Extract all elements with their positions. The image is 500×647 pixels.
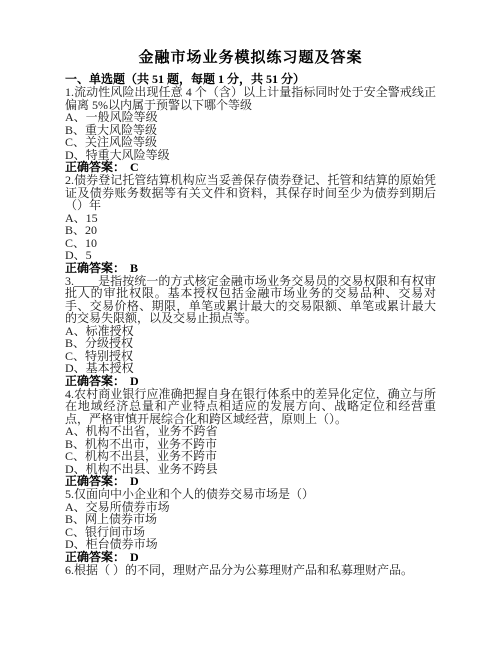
question-block: 1.流动性风险出现任意 4 个（含）以上计量指标同时处于安全警戒线正偏离 5%以…	[65, 86, 436, 174]
answer-line: 正确答案：B	[65, 262, 436, 275]
question-block: 2.债券登记托管结算机构应当妥善保存债券登记、托管和结算的原始凭证及债券账务数据…	[65, 174, 436, 275]
answer-value: C	[130, 160, 139, 174]
question-block: 5.仅面向中小企业和个人的债券交易市场是（） A、交易所债券市场 B、网上债券市…	[65, 488, 436, 564]
question-text: 1.流动性风险出现任意 4 个（含）以上计量指标同时处于安全警戒线正偏离 5%以…	[65, 86, 436, 111]
answer-value: D	[130, 374, 139, 388]
option-line: B、20	[65, 224, 436, 237]
option-line: A、一般风险等级	[65, 111, 436, 124]
question-text: 3.____是指按统一的方式核定金融市场业务交易员的交易权限和有权审批人的审批权…	[65, 275, 436, 325]
question-text: 6.根据（ ）的不同，理财产品分为公募理财产品和私募理财产品。	[65, 564, 436, 577]
answer-line: 正确答案：D	[65, 375, 436, 388]
question-block: 6.根据（ ）的不同，理财产品分为公募理财产品和私募理财产品。	[65, 564, 436, 577]
answer-prefix: 正确答案：	[65, 374, 125, 388]
answer-prefix: 正确答案：	[65, 550, 125, 564]
question-block: 4.农村商业银行应准确把握自身在银行体系中的差异化定位，确立与所在地域经济总量和…	[65, 388, 436, 489]
option-line: A、机构不出省，业务不跨省	[65, 425, 436, 438]
page-title: 金融市场业务模拟练习题及答案	[65, 50, 436, 67]
question-block: 3.____是指按统一的方式核定金融市场业务交易员的交易权限和有权审批人的审批权…	[65, 275, 436, 388]
option-line: C、关注风险等级	[65, 136, 436, 149]
answer-line: 正确答案：D	[65, 551, 436, 564]
option-line: B、网上债券市场	[65, 513, 436, 526]
answer-value: D	[130, 550, 139, 564]
question-text: 5.仅面向中小企业和个人的债券交易市场是（）	[65, 488, 436, 501]
question-text: 4.农村商业银行应准确把握自身在银行体系中的差异化定位，确立与所在地域经济总量和…	[65, 388, 436, 426]
option-line: A、15	[65, 212, 436, 225]
option-line: B、分级授权	[65, 337, 436, 350]
answer-prefix: 正确答案：	[65, 261, 125, 275]
document-page: 金融市场业务模拟练习题及答案 一、单选题（共 51 题，每题 1 分，共 51 …	[0, 0, 500, 647]
question-text: 2.债券登记托管结算机构应当妥善保存债券登记、托管和结算的原始凭证及债券账务数据…	[65, 174, 436, 212]
answer-value: B	[130, 261, 138, 275]
answer-value: D	[130, 474, 139, 488]
answer-prefix: 正确答案：	[65, 160, 125, 174]
answer-prefix: 正确答案：	[65, 474, 125, 488]
option-line: C、10	[65, 237, 436, 250]
option-line: C、机构不出县，业务不跨市	[65, 450, 436, 463]
